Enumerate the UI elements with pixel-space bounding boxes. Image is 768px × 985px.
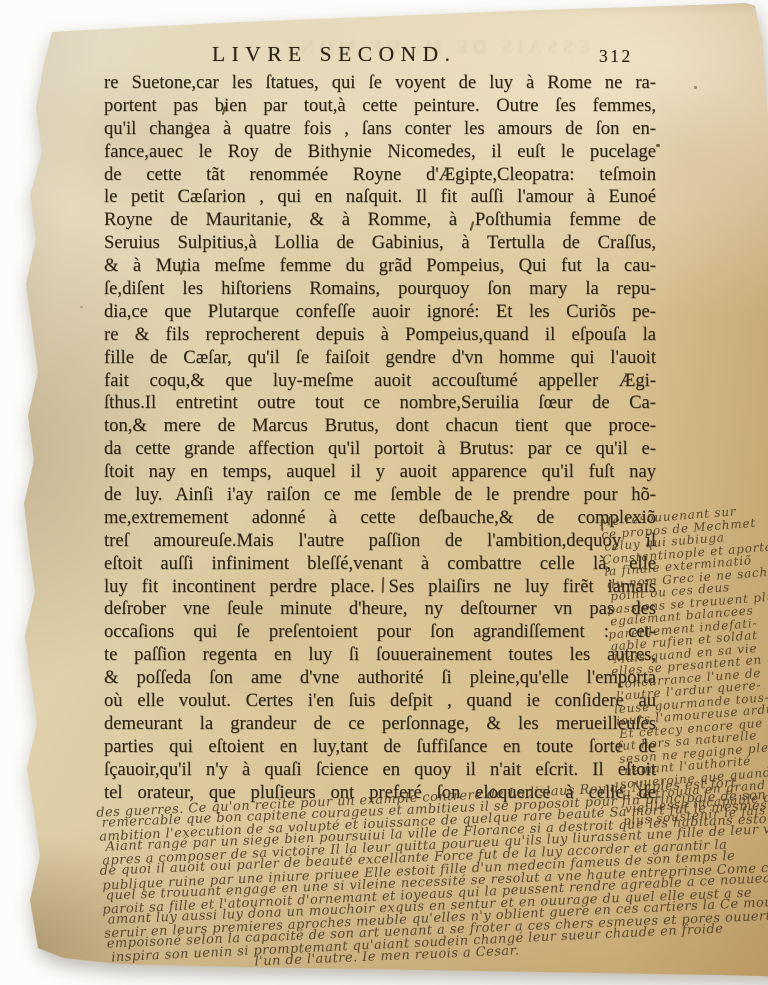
- page-number: 312: [599, 46, 633, 67]
- printed-line: le petit Cæſarion , qui en naſquit. Il f…: [104, 186, 656, 209]
- printed-line: parties qui eſtoient en luy,tant de ſuff…: [104, 736, 656, 759]
- printed-line: fait coqu,& que luy-meſme auoit accouſtu…: [104, 370, 656, 393]
- printed-line: de luy. Ainſi i'ay raiſon ce me ſemble d…: [104, 484, 656, 507]
- printed-line: fance,auec le Roy de Bithynie Nicomedes,…: [104, 141, 656, 164]
- printed-line: dia,ce que Plutarque confeſſe auoir igno…: [104, 301, 656, 324]
- printed-line: luy fit incontinent perdre place. Ses pl…: [104, 576, 656, 599]
- printed-line: re Suetone,car les ſtatues, qui ſe voyen…: [104, 72, 656, 95]
- ink-speck: [694, 86, 697, 89]
- printed-line: ſtoit nay en temps, auquel il y auoit ap…: [104, 461, 656, 484]
- printed-line: deſrober vne ſeule minute d'heure, ny de…: [104, 598, 656, 621]
- printed-line: eſtoit auſſi infiniment bleſſé,venant à …: [104, 553, 656, 576]
- ink-speck: [189, 122, 192, 124]
- ink-speck: [80, 306, 83, 308]
- running-title: LIVRE SECOND.: [212, 42, 457, 67]
- printed-line: te paſſion regenta en luy ſi ſouuerainem…: [104, 644, 656, 667]
- printed-line: portent pas bien par tout,à cette peintu…: [104, 95, 656, 118]
- printed-text-block: re Suetone,car les ſtatues, qui ſe voyen…: [104, 72, 656, 805]
- printed-line: & poſſeda ſon ame d'vne authorité ſi ple…: [104, 667, 656, 690]
- printed-line: ſçauoir,qu'il n'y à quaſi ſcience en quo…: [104, 759, 656, 782]
- printed-line: demeurant la grandeur de ce perſonnage, …: [104, 713, 656, 736]
- printed-line: ſthus.Il entretint outre tout ce nombre,…: [104, 392, 656, 415]
- printed-line: de cette tãt renommée Royne d'Ægipte,Cle…: [104, 164, 656, 187]
- printed-line: ſe,diſent les hiſtoriens Romains, pourqu…: [104, 278, 656, 301]
- printed-line: & à Mutia meſme femme du grãd Pompeius, …: [104, 255, 656, 278]
- book-page: ESSAIS DE M. DE MONT. LIVRE SECOND. 312 …: [0, 0, 768, 985]
- printed-line: treſ amoureuſe.Mais l'autre paſſion de l…: [104, 530, 656, 553]
- printed-line: re & fils reprocherent depuis à Pompeius…: [104, 324, 656, 347]
- printed-line: Seruius Sulpitius,à Lollia de Gabinius, …: [104, 232, 656, 255]
- printed-line: ton,& mere de Marcus Brutus, dont chacun…: [104, 415, 656, 438]
- bottom-annotation-block: des guerres. Ce qu'on recite pour un exa…: [96, 776, 768, 975]
- printed-line: qu'il changea à quatre fois , ſans conte…: [104, 118, 656, 141]
- printed-line: occaſions qui ſe preſentoient pour ſon a…: [104, 621, 656, 644]
- printed-line: Royne de Mauritanie, & à Romme, à Poſthu…: [104, 209, 656, 232]
- photo-backdrop: ESSAIS DE M. DE MONT. LIVRE SECOND. 312 …: [0, 0, 768, 985]
- printed-line: me,extremement adonné à cette deſbauche,…: [104, 507, 656, 530]
- printed-line: fille de Cæſar, qu'il ſe faiſoit gendre …: [104, 347, 656, 370]
- printed-line: da cette grande affection qu'il portoit …: [104, 438, 656, 461]
- book-page-wrap: ESSAIS DE M. DE MONT. LIVRE SECOND. 312 …: [0, 0, 768, 985]
- ink-speck: [656, 144, 660, 147]
- printed-line: où elle voulut. Certes i'en ſuis deſpit …: [104, 690, 656, 713]
